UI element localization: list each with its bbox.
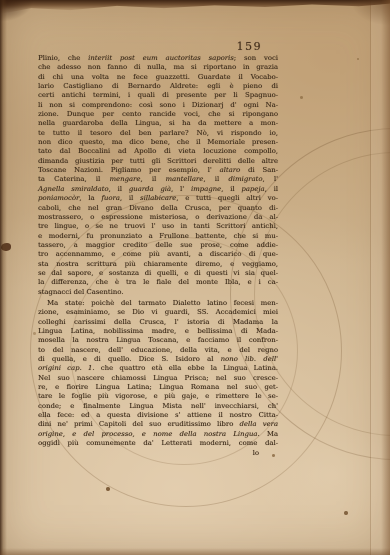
catchword: lo xyxy=(38,449,278,458)
foxing-spot xyxy=(106,487,110,491)
worn-edge-right xyxy=(381,0,390,555)
text-line: poniamocòr, la fuora, il sillabicare, e … xyxy=(38,194,278,203)
text-line: origini cap. 1. che quattro età ella ebb… xyxy=(38,364,278,373)
text-line: to del nascere, dell' educazione, della … xyxy=(38,346,278,355)
text-line: Lingua Latina, nobilissima madre, e bell… xyxy=(38,327,278,336)
body-text: Plinio, che interiit post eum auctoritas… xyxy=(38,54,278,448)
text-line: di quella, e di quello. Dice S. Isidoro … xyxy=(38,355,278,364)
worn-edge-left xyxy=(0,0,7,555)
foxing-spot xyxy=(300,96,303,99)
text-line: colleghi carissimi della Crusca, l' isto… xyxy=(38,318,278,327)
text-line: mosella la nostra Lingua Toscana, e facc… xyxy=(38,336,278,345)
page-number: 159 xyxy=(38,40,278,53)
text-line: nella guardaroba della Lingua, si ha da … xyxy=(38,119,278,128)
text-line: zione. Dunque per cento rancide voci, ch… xyxy=(38,110,278,119)
text-line: re, e fiorire Lingua Latina; Lingua Roma… xyxy=(38,383,278,392)
worn-edge-top xyxy=(0,0,390,14)
text-block: 159 Plinio, che interiit post eum auctor… xyxy=(38,40,278,459)
text-line: oggidì più comunemente da' Letterati mod… xyxy=(38,439,278,448)
page-edge-line xyxy=(370,0,371,555)
text-line: dini ne' primi Capitoli del suo eruditis… xyxy=(38,420,278,429)
text-line: tare le foglie più vigorose, e più gaje,… xyxy=(38,392,278,401)
text-line: tro accennammo, e come più avanti, a dis… xyxy=(38,250,278,259)
text-line: Plinio, che interiit post eum auctoritas… xyxy=(38,54,278,63)
text-line: origine, e del processo, e nome della no… xyxy=(38,430,278,439)
text-line: dimanda giustizia per tutti gli Scrittor… xyxy=(38,157,278,166)
text-line: Nel suo nascere chiamossi Lingua Prisca;… xyxy=(38,374,278,383)
worn-edge-bottom xyxy=(0,548,390,555)
text-line: te tutto il tesoro del ben parlare? Nò, … xyxy=(38,129,278,138)
book-page-scan: 159 Plinio, che interiit post eum auctor… xyxy=(0,0,390,555)
text-line: tato dal Boccalini ad Apollo di vieta lo… xyxy=(38,147,278,156)
text-line: se dal sapore, e sostanza di quelli, e d… xyxy=(38,269,278,278)
text-line: li non si comprendono: così sono i Dizio… xyxy=(38,101,278,110)
text-line: che adesso non fanno di nulla, ma si rip… xyxy=(38,63,278,72)
text-line: sta nostra scrittura più chiaramente dir… xyxy=(38,260,278,269)
text-line: ella fece: ed a questa divisione s' atti… xyxy=(38,411,278,420)
text-line: certi antichi termini, i quali di presen… xyxy=(38,91,278,100)
text-line: conde; e finalmente Lingua Mista nell' i… xyxy=(38,402,278,411)
text-line: tre lingue, o se ne truovi l' uso in tan… xyxy=(38,222,278,231)
foxing-spot xyxy=(33,332,36,335)
foxing-spot xyxy=(344,511,348,515)
text-line: la differenza, che è tra le fiale del mo… xyxy=(38,278,278,287)
text-line: mostrassero, o espressione misteriosa, o… xyxy=(38,213,278,222)
text-line: di chi una volta ne fece guazzetti. Guar… xyxy=(38,73,278,82)
text-line: lario Castigliano di Bernardo Aldrete: e… xyxy=(38,82,278,91)
text-line: stagnacci del Casentino. xyxy=(38,288,278,297)
foxing-spot xyxy=(357,58,359,60)
text-line: caboli, che nel gran Divano della Crusca… xyxy=(38,204,278,213)
text-line: Ma state: poichè del tarmato Dialetto la… xyxy=(38,299,278,308)
text-line: e moderni, fu pronunziato a Frullone bat… xyxy=(38,232,278,241)
text-line: ta Caterina, il mengare, il mantellare, … xyxy=(38,175,278,184)
text-line: Agnella smiraldato, il guarda già, l' im… xyxy=(38,185,278,194)
text-line: zione, esaminiamo, se Dio vi guardi, SS.… xyxy=(38,308,278,317)
text-line: tassero, a maggior credito delle sue pro… xyxy=(38,241,278,250)
